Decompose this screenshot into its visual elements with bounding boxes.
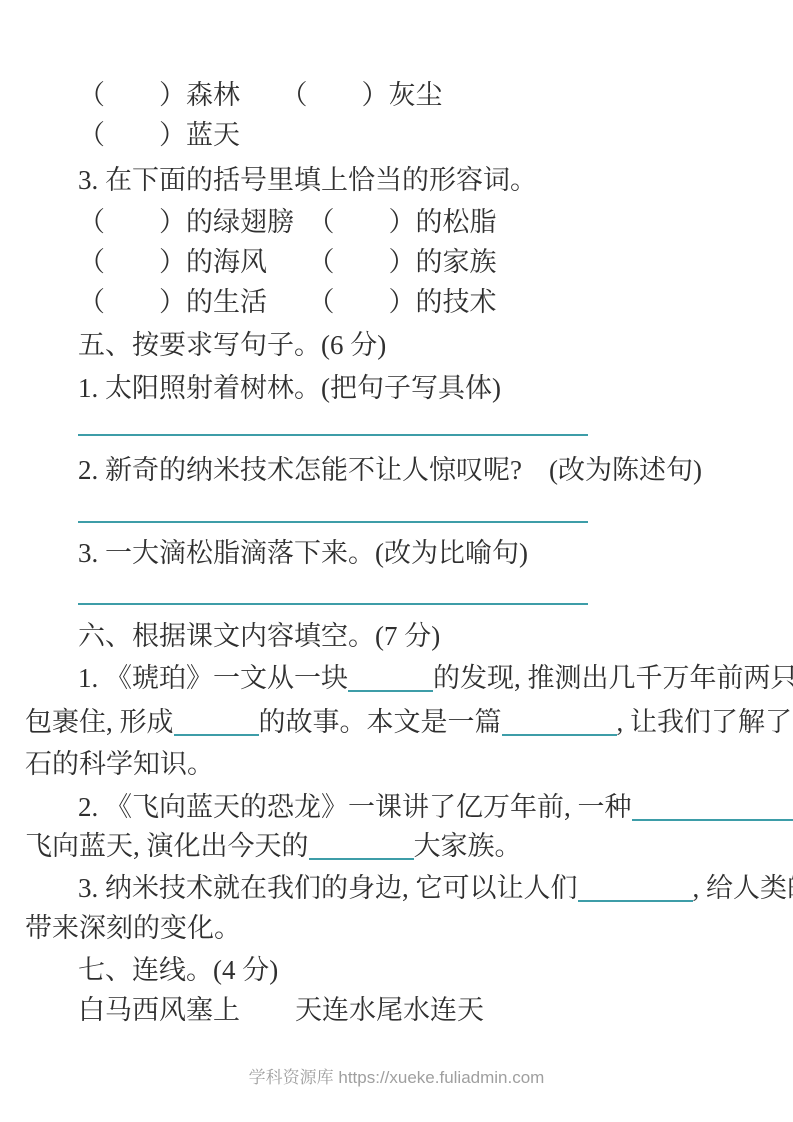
adjective-row: （ ）的海风 （ ）的家族 (78, 245, 768, 279)
cloze-text: 石的科学知识。 (25, 749, 214, 779)
worksheet-page: （ ）森林 （ ）灰尘 （ ）蓝天 3. 在下面的括号里填上恰当的形容词。 （ … (0, 0, 793, 1122)
sentence-text: 2. 新奇的纳米技术怎能不让人惊叹呢? (改为陈述句) (78, 455, 702, 485)
fill-blank (348, 663, 433, 692)
answer-line (78, 603, 588, 605)
sentence-text: 3. 一大滴松脂滴落下来。(改为比喻句) (78, 538, 528, 568)
matching-row: 白马西风塞上天连水尾水连天 (78, 993, 768, 1027)
watermark-text: 学科资源库 https://xueke.fuliadmin.com (249, 1068, 545, 1087)
cloze-line: 2. 《飞向蓝天的恐龙》一课讲了亿万年前, 一种, (78, 790, 768, 824)
adjective-text: （ ）的海风 （ ）的家族 (78, 247, 497, 277)
fill-blank (502, 707, 617, 736)
matching-left-item: 白马西风塞上 (78, 995, 240, 1025)
matching-right-item: 天连水尾水连天 (295, 995, 484, 1025)
cloze-text: 带来深刻的变化。 (25, 913, 241, 943)
section-heading-5: 五、按要求写句子。(6 分) (78, 328, 768, 362)
cloze-text: 的故事。本文是一篇 (259, 707, 502, 737)
sentence-text: 1. 太阳照射着树林。(把句子写具体) (78, 373, 501, 403)
answer-line (78, 434, 588, 436)
cloze-text: , 让我们了解了有关化 (617, 707, 793, 737)
question-label: 3. 在下面的括号里填上恰当的形容词。 (78, 163, 768, 197)
heading-text: 六、根据课文内容填空。(7 分) (78, 621, 440, 651)
adjective-text: （ ）的绿翅膀 （ ）的松脂 (78, 207, 497, 237)
cloze-line: 石的科学知识。 (25, 747, 768, 781)
sentence-item: 1. 太阳照射着树林。(把句子写具体) (78, 371, 768, 405)
question-text: 3. 在下面的括号里填上恰当的形容词。 (78, 165, 537, 195)
adjective-text: （ ）的生活 （ ）的技术 (78, 287, 497, 317)
cloze-text: 包裹住, 形成 (25, 707, 174, 737)
fill-blank (174, 707, 259, 736)
cloze-line: 带来深刻的变化。 (25, 911, 768, 945)
cloze-text: 2. 《飞向蓝天的恐龙》一课讲了亿万年前, 一种 (78, 792, 632, 822)
section-heading-7: 七、连线。(4 分) (78, 953, 768, 987)
cloze-text: , 给人类的生活 (693, 873, 793, 903)
word-pair-text: （ ）森林 （ ）灰尘 (78, 80, 443, 110)
cloze-text: 1. 《琥珀》一文从一块 (78, 663, 348, 693)
cloze-line: 3. 纳米技术就在我们的身边, 它可以让人们, 给人类的生活 (78, 871, 768, 905)
adjective-row: （ ）的绿翅膀 （ ）的松脂 (78, 205, 768, 239)
cloze-line: 1. 《琥珀》一文从一块的发现, 推测出几千万年前两只小虫被 (78, 661, 768, 695)
heading-text: 七、连线。(4 分) (78, 955, 278, 985)
cloze-text: 大家族。 (414, 831, 522, 861)
fill-blank (309, 831, 414, 860)
fill-blank (578, 873, 693, 902)
sentence-item: 2. 新奇的纳米技术怎能不让人惊叹呢? (改为陈述句) (78, 453, 768, 487)
cloze-text: 的发现, 推测出几千万年前两只小虫被 (433, 663, 793, 693)
fill-blank (632, 792, 793, 821)
cloze-text: 飞向蓝天, 演化出今天的 (25, 831, 309, 861)
cloze-line: 包裹住, 形成的故事。本文是一篇, 让我们了解了有关化 (25, 705, 768, 739)
word-pair-text: （ ）蓝天 (78, 120, 240, 150)
sentence-item: 3. 一大滴松脂滴落下来。(改为比喻句) (78, 536, 768, 570)
footer-watermark: 学科资源库 https://xueke.fuliadmin.com (0, 1066, 793, 1090)
answer-line (78, 521, 588, 523)
cloze-text: 3. 纳米技术就在我们的身边, 它可以让人们 (78, 873, 578, 903)
section-heading-6: 六、根据课文内容填空。(7 分) (78, 619, 768, 653)
word-pair-row: （ ）蓝天 (78, 118, 768, 152)
heading-text: 五、按要求写句子。(6 分) (78, 330, 386, 360)
word-pair-row: （ ）森林 （ ）灰尘 (78, 78, 768, 112)
cloze-line: 飞向蓝天, 演化出今天的大家族。 (25, 829, 768, 863)
adjective-row: （ ）的生活 （ ）的技术 (78, 285, 768, 319)
